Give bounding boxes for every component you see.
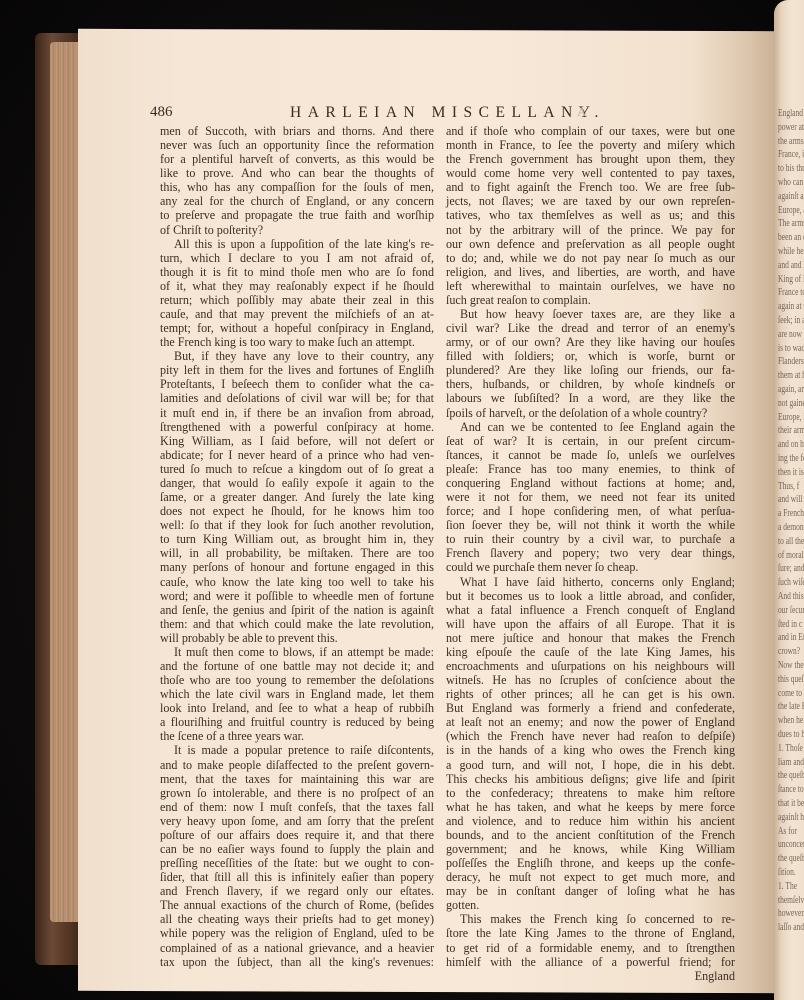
text-line: the ſcene of a three years war. [160,729,434,743]
text-line: encroachments and uſurpations on his nei… [446,659,735,673]
text-line: It muſt then come to blows, if an attemp… [160,645,434,659]
facing-page-fragment: 1. The [778,881,797,892]
text-line: thoſe who are too young to remember the … [160,673,434,687]
facing-page-fragment: who can thi [778,177,804,188]
text-line: word; and were it poſſible to wheedle me… [160,589,434,603]
text-line: Proteſtants, I beſeech them to conſider … [160,377,434,391]
text-line: were it not for them, we need not fear i… [446,490,735,504]
facing-page-fragment: and and Eng [778,260,804,271]
facing-page-fragment: laſſo and [778,922,804,933]
left-text-column: men of Succoth, with briars and thorns. … [160,124,434,969]
text-line: a flouriſhing and fruitful country is re… [160,715,434,729]
facing-page-fragment: the queſtio [778,770,804,781]
text-line: to turn King William out, as brought him… [160,532,434,546]
text-line: danger, that would ſo eaſily expoſe it a… [160,476,434,490]
text-line: deracy, he muſt not expect to get much m… [446,870,735,884]
text-line: grown ſo intolerable, and there is no pr… [160,786,434,800]
text-line: But England was formerly a friend and co… [446,701,735,715]
text-line: The annual exactions of the church of Ro… [160,898,434,912]
text-line: This makes the French king ſo concerned … [446,912,735,926]
facing-page-fragment: been an equ [778,232,804,243]
text-line: for a plentiful harveſt of converts, as … [160,152,434,166]
facing-page-fragment: ſition. [778,867,796,878]
text-line: not by the arbitrary will of the prince.… [446,223,735,237]
text-line: (which the French have never had reaſon … [446,729,735,743]
facing-page-fragment: and will b [778,494,804,505]
text-line: ſtrengthened with a powerful conſpiracy … [160,420,434,434]
text-line: and to make people diſaffected to the pr… [160,758,434,772]
facing-page-fragment: and in En [778,632,804,643]
text-line: our own defence and preſervation as all … [446,237,735,251]
text-line: all the cheating ways their prieſts had … [160,912,434,926]
text-line: ſtances, it cannot be made ſo, unleſs we… [446,448,735,462]
facing-page-fragment: the arms of [778,136,804,147]
text-line: ſpoils of harveſt, or the deſolation of … [446,406,735,420]
facing-page-fragment: to all the [778,536,804,547]
text-line: is in the hands of a king who owes the F… [446,743,735,757]
text-line: King William, as I ſaid before, will not… [160,434,434,448]
text-line: it muſt end in, if there be an invaſion … [160,406,434,420]
text-line: All this is upon a ſuppoſition of the la… [160,237,434,251]
facing-page-fragment: Thus, f [778,481,799,492]
text-line: month in France, to ſee the poverty and … [446,138,735,152]
text-line: himſelf with the alliance of a powerful … [446,955,735,969]
text-line: preſſing neceſſities of the ſtate: but w… [160,856,434,870]
text-line: and to fight againſt the French too. We … [446,180,735,194]
text-line: to preſerve and propagate the true faith… [160,208,434,222]
text-line: may be in conſtant danger of loſing what… [446,884,735,898]
text-line: ſion ſoever they be, will not think it w… [446,518,735,532]
text-line: civil war? Like the dread and terror of … [446,321,735,335]
facing-page-fragment: a demonſtr [778,522,804,533]
facing-page-fragment: The arms [778,218,804,229]
text-line: never was ſuch an opportunity ſince the … [160,138,434,152]
facing-page-fragment: the queſti [778,853,804,864]
facing-page-fragment: and on his [778,439,804,450]
text-line: cauſe, who know the late king too well t… [160,575,434,589]
text-line: but it becomes us to look a little abroa… [446,589,735,603]
facing-page-fragment: their arms [778,425,804,436]
facing-page-fragment: Europe, he [778,412,804,423]
facing-page-fragment: England wi [778,108,804,119]
text-line: But, if they have any love to their coun… [160,349,434,363]
facing-page-fragment: however, [778,908,804,919]
text-line: government; and he knows, while King Wil… [446,842,735,856]
text-line: turn, which I declare to you I am not af… [160,251,434,265]
running-head: HARLEIAN MISCELLANY. [290,104,605,122]
text-line: tempt; for, without a hopeful conſpiracy… [160,321,434,335]
catchword: England [446,969,735,983]
facing-page-fragment: France, if [778,149,804,160]
text-line: abdicate; for I never heard of a prince … [160,448,434,462]
text-line: tatives, who tax themſelves as well as u… [446,208,735,222]
text-line: ſider, that ſtill all this is infinitely… [160,870,434,884]
text-line: plundered? Are they like loſing our frie… [446,363,735,377]
text-line: will probably be able to prevent this. [160,631,434,645]
text-line: conquering England without factions at h… [446,476,735,490]
facing-page-fragment: dues to hi [778,729,804,740]
text-line: of it, what they may reaſonably expect i… [160,279,434,293]
text-line: force; and I hope conſidering men, of wh… [446,504,735,518]
text-line: what he has taken, and what he keeps by … [446,800,735,814]
text-line: left wherewithal to maintain ourſelves, … [446,279,735,293]
facing-page-fragment: againſt aſp [778,191,804,202]
text-line: well: ſo that if they look for ſuch anot… [160,518,434,532]
facing-page-fragment: Europe, and [778,205,804,216]
facing-page-fragment: unconcern [778,839,804,850]
facing-page-fragment: France to att [778,287,804,298]
text-line: and if thoſe who complain of our taxes, … [446,124,735,138]
text-line: many perſons of honour and fortune engag… [160,560,434,574]
facing-page-fragment: ſted in c [778,619,802,630]
facing-page-fragment: is to wade [778,343,804,354]
text-line: to the confederacy; threatens to make hi… [446,786,735,800]
text-line: tax upon the ſubject, than all the king'… [160,955,434,969]
text-line: What I have ſaid hitherto, concerns only… [446,575,735,589]
text-line: very heavy upon ſome, and am ſorry that … [160,814,434,828]
text-line: But how heavy ſoever taxes are, are they… [446,307,735,321]
facing-page-edge: England wipower at hathe arms ofFrance, … [774,0,804,1000]
facing-page-fragment: ing the fold [778,453,804,464]
facing-page-fragment: that it be [778,798,804,809]
text-line: witneſs. He has no ſcruples of conſcienc… [446,673,735,687]
text-line: bounds, and to the ancient conſtitution … [446,828,735,842]
text-line: poſture of our affairs does require it, … [160,828,434,842]
text-line: ſuch great reaſon to complain. [446,293,735,307]
text-line: ſame, or a greater danger. And ſurely th… [160,490,434,504]
facing-page-fragment: 1. Thoſe [778,743,803,754]
facing-page-fragment: ſtance to a [778,784,804,795]
text-line: poſſeſſes the Engliſh throne, and keeps … [446,856,735,870]
page-edges [50,42,80,922]
facing-page-fragment: ſuch wiſe [778,577,804,588]
text-line: could we purchaſe them never ſo cheap. [446,560,735,574]
facing-page-fragment: of moral co [778,550,804,561]
text-line: though it is fit to mind thoſe men who a… [160,265,434,279]
text-line: king eſpouſe the cauſe of the late King … [446,645,735,659]
text-line: to do; and, while we do not pay near ſo … [446,251,735,265]
text-line: and violence, and to reduce him within h… [446,814,735,828]
text-line: filled with ſoldiers; or, which is worſe… [446,349,735,363]
stray-mark: A [577,104,586,120]
text-line: religion, and lives, and liberties, are … [446,265,735,279]
text-line: them: and that which could make the late… [160,617,434,631]
text-line: pleaſe: France has too many enemies, to … [446,462,735,476]
text-line: army, or of our own? Are they like havin… [446,335,735,349]
text-line: ment, that the taxes for maintaining thi… [160,772,434,786]
page-header: 486 HARLEIAN MISCELLANY. A [150,104,740,124]
text-line: tured ſo much to reſcue a kingdom out of… [160,462,434,476]
facing-page-fragment: while he ha [778,246,804,257]
text-line: look into Ireland, and ſee to what a hea… [160,701,434,715]
facing-page-fragment: And this [778,591,804,602]
text-line: does not expect he ſhould, for he knows … [160,504,434,518]
facing-page-fragment: again, and [778,384,804,395]
right-text-column: and if thoſe who complain of our taxes, … [446,124,735,983]
facing-page-fragment: themſelves [778,895,804,906]
text-line: and ſenſe, the genius and ſpirit of the … [160,603,434,617]
text-line: and French ſlavery, if we regard only ou… [160,884,434,898]
facing-page-fragment: are now p [778,329,804,340]
facing-page-fragment: ſure; and [778,563,804,574]
text-line: men of Succoth, with briars and thorns. … [160,124,434,138]
text-line: labours we ſubſiſted? In a word, are the… [446,391,735,405]
facing-page-fragment: power at ha [778,122,804,133]
text-line: and the fortune of one battle may not de… [160,659,434,673]
text-line: jects, not ſlaves; we are taxed by our o… [446,194,735,208]
text-line: And can we be contented to ſee England a… [446,420,735,434]
facing-page-fragment: not gained [778,398,804,409]
text-line: this, who has any compaſſion for the ſou… [160,180,434,194]
text-line: pity left in them for the lives and fort… [160,363,434,377]
text-line: thers, huſbands, or children, by whoſe k… [446,377,735,391]
facing-page-fragment: As for [778,826,797,837]
text-line: It is made a popular pretence to raiſe d… [160,743,434,757]
text-line: return; which poſſibly may abate their z… [160,293,434,307]
text-line: while popery was the religion of England… [160,926,434,940]
text-line: to ruin their country by a civil war, to… [446,532,735,546]
facing-page-fragment: Flanders, b [778,356,804,367]
text-line: the French king is too wary to make ſuch… [160,335,434,349]
text-line: ſeat of war? It is certain, in our preſe… [446,434,735,448]
facing-page-fragment: the late K [778,701,804,712]
text-line: gotten. [446,898,735,912]
text-line: would come home very well contented to p… [446,166,735,180]
facing-page-fragment: ſeek; in a [778,315,804,326]
text-line: will, in all probability, be miſtaken. T… [160,546,434,560]
facing-page-fragment: a French c [778,508,804,519]
text-line: rights of other princes; all he can get … [446,687,735,701]
text-line: the French government has brought upon t… [446,152,735,166]
text-line: of Chriſt to poſterity? [160,223,434,237]
text-line: complained of as a national grievance, a… [160,941,434,955]
facing-page-fragment: again at the [778,301,804,312]
facing-page-fragment: our ſecur [778,605,804,616]
text-line: at leaſt not an enemy; and now the power… [446,715,735,729]
text-line: which the late civil wars in England mad… [160,687,434,701]
text-line: cauſe, and that may prevent the miſchief… [160,307,434,321]
facing-page-fragment: then it is ea [778,467,804,478]
text-line: can be no eaſier ways found to ſupply th… [160,842,434,856]
facing-page-fragment: when he f [778,715,804,726]
facing-page-fragment: them at hon [778,370,804,381]
text-line: This checks his ambitious deſigns; give … [446,772,735,786]
text-line: end of them: now I muſt confeſs, that th… [160,800,434,814]
text-line: any zeal for the church of England, or a… [160,194,434,208]
text-line: not mere juſtice and honour that makes t… [446,631,735,645]
text-line: like to prove. And who can bear the thou… [160,166,434,180]
facing-page-fragment: King of Eng [778,274,804,285]
page-number: 486 [150,104,173,121]
facing-page-fragment: againſt hun [778,812,804,823]
text-line: what a fatal influence a French conqueſt… [446,603,735,617]
facing-page-fragment: crown? [778,646,800,657]
text-line: a good turn, and will not, I hope, die i… [446,758,735,772]
facing-page-fragment: Now the [778,660,804,671]
facing-page-fragment: this queſtio [778,674,804,685]
text-line: lamities and deſolations of civil war wi… [160,391,434,405]
text-line: will have upon the affairs of all Europe… [446,617,735,631]
text-line: ſtore the late King James to the throne … [446,926,735,940]
facing-page-fragment: liam and Q [778,757,804,768]
text-line: to get rid of a formidable enemy, and to… [446,941,735,955]
facing-page-fragment: come to Ki [778,688,804,699]
text-line: French ſlavery and popery; two very dear… [446,546,735,560]
facing-page-fragment: to his thron [778,163,804,174]
